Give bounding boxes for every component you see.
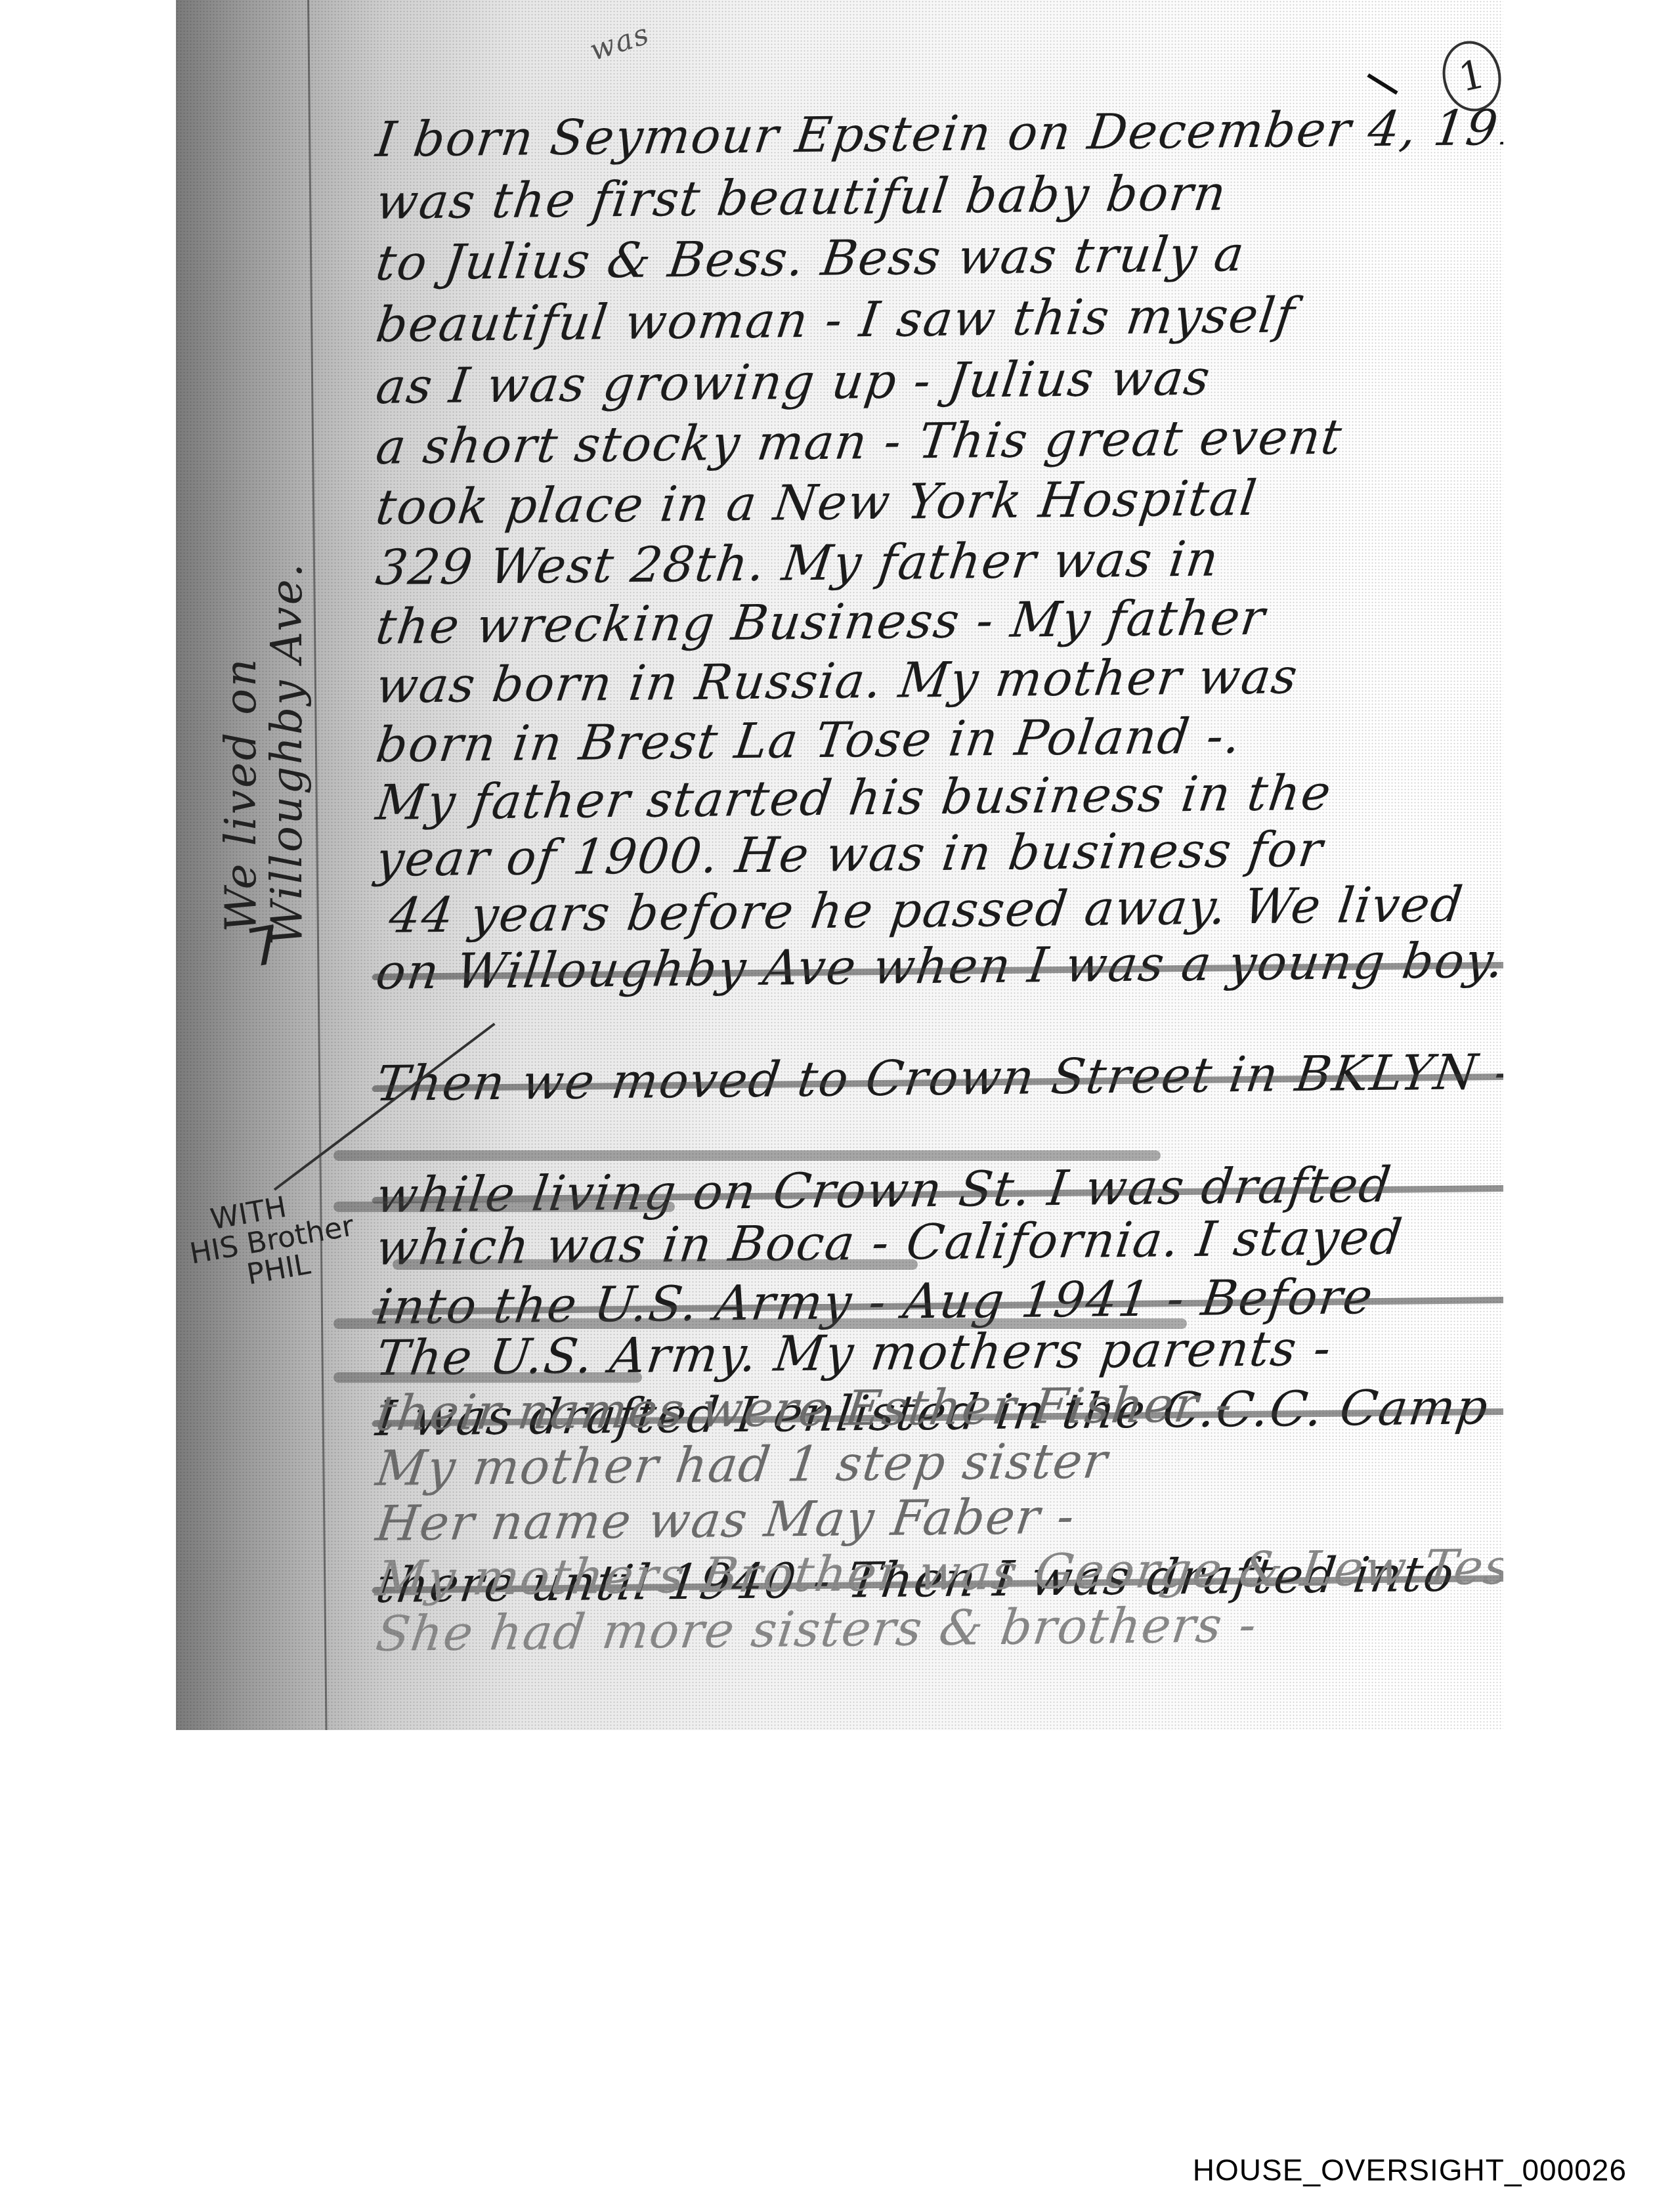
page-number-text: 1 (1455, 51, 1489, 101)
heavy-scribble-strikeout (333, 1202, 675, 1212)
handwritten-line-8: 329 West 28th. My father was in (373, 531, 1223, 596)
margin-note-willoughby-ave: Willoughby Ave. (261, 561, 312, 945)
handwritten-line-5: as I was growing up - Julius was (373, 350, 1214, 415)
heavy-scribble-strikeout (333, 1150, 1161, 1161)
handwritten-line-23: their names were Esther Fisher - (373, 1376, 1237, 1442)
margin-note-with-his-brother-phil: WITH HIS Brother PHIL (182, 1181, 362, 1299)
bates-number-label: HOUSE_OVERSIGHT_000026 (1193, 2152, 1627, 2188)
handwritten-line-10: was born in Russia. My mother was (373, 648, 1302, 714)
handwritten-line-6: a short stocky man - This great event (373, 408, 1346, 475)
heavy-scribble-strikeout (333, 1372, 642, 1383)
handwritten-line-13: year of 1900. He was in business for (373, 821, 1327, 888)
tick-mark (1367, 74, 1398, 95)
heavy-scribble-strikeout (333, 1318, 1187, 1329)
margin-note-we-lived-on: We lived on (215, 657, 266, 932)
handwritten-line-24: My mother had 1 step sister (373, 1433, 1111, 1497)
handwritten-line-27: She had more sisters & brothers - (373, 1597, 1261, 1662)
heavy-scribble-strikeout (393, 1259, 918, 1270)
handwritten-line-9: the wrecking Business - My father (373, 590, 1269, 655)
handwritten-line-2: was the first beautiful baby born (373, 165, 1230, 230)
handwritten-line-7: took place in a New York Hospital (373, 470, 1260, 536)
handwritten-line-1: I born Seymour Epstein on December 4, 19… (373, 99, 1503, 168)
insertion-note-was: was (586, 17, 654, 68)
handwritten-line-3: to Julius & Bess. Bess was truly a (373, 226, 1249, 292)
handwritten-line-25: Her name was May Faber - (373, 1488, 1079, 1552)
struck-line-16: Then we moved to Crown Street in BKLYN - (373, 1042, 1503, 1112)
handwritten-line-11: born in Brest La Tose in Poland -. (373, 708, 1245, 773)
handwritten-line-12: My father started his business in the (373, 765, 1335, 831)
scanned-handwritten-page: was 1 I born Seymour Epstein on December… (176, 0, 1503, 1730)
handwritten-line-4: beautiful woman - I saw this myself (373, 287, 1299, 353)
